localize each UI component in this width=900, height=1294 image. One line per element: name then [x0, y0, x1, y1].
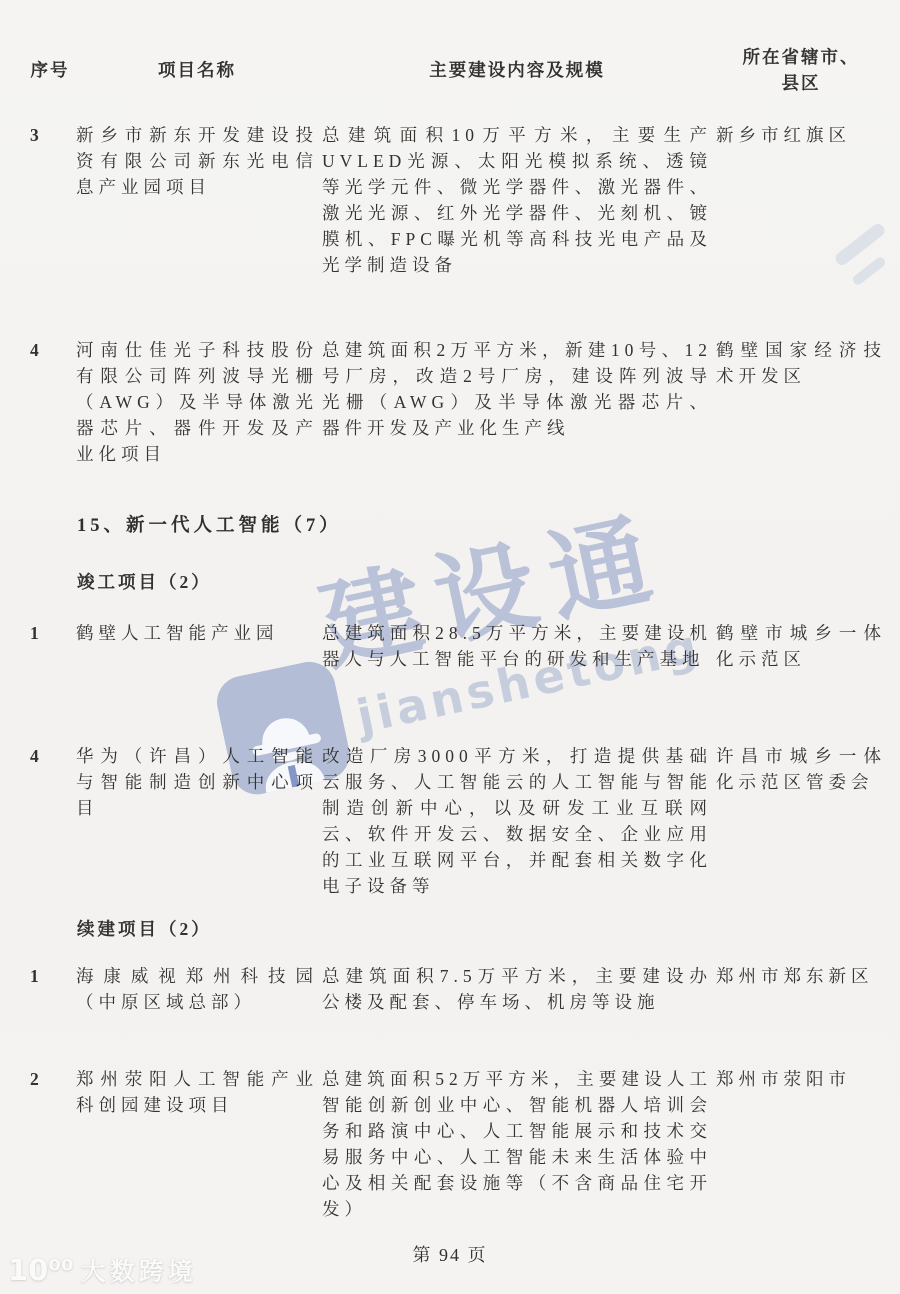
- header-project-name: 项目名称: [76, 57, 318, 83]
- project-content: 总建筑面积2万平方米，新建10号、12号厂房，改造2号厂房，建设阵列波导光栅（A…: [322, 337, 712, 441]
- project-content: 总建筑面积10万平方米，主要生产UVLED光源、太阳光模拟系统、透镜等光学元件、…: [322, 122, 712, 278]
- project-name: 鹤壁人工智能产业园: [76, 620, 318, 646]
- project-content: 总建筑面积28.5万平方米，主要建设机器人与人工智能平台的研发和生产基地: [322, 620, 712, 672]
- header-construction-content: 主要建设内容及规模: [322, 57, 712, 83]
- row-serial: 4: [30, 743, 70, 769]
- project-location: 许昌市城乡一体化示范区管委会: [716, 743, 886, 795]
- dashukuajing-text: 大数跨境: [81, 1252, 197, 1288]
- row-serial: 1: [30, 620, 70, 646]
- project-name: 河南仕佳光子科技股份有限公司阵列波导光栅（AWG）及半导体激光器芯片、器件开发及…: [76, 337, 318, 467]
- project-name: 郑州荥阳人工智能产业科创园建设项目: [76, 1066, 318, 1118]
- project-name: 新乡市新东开发建设投资有限公司新东光电信息产业园项目: [76, 122, 318, 200]
- project-content: 总建筑面积52万平方米，主要建设人工智能创新创业中心、智能机器人培训会务和路演中…: [322, 1066, 712, 1222]
- header-location: 所在省辖市、县区: [740, 44, 862, 96]
- project-location: 新乡市红旗区: [716, 122, 886, 148]
- project-location: 郑州市荥阳市: [716, 1066, 886, 1092]
- dashukuajing-logo: 10⁰⁰: [8, 1253, 74, 1287]
- row-serial: 3: [30, 122, 70, 148]
- project-name: 海康威视郑州科技园（中原区域总部）: [76, 963, 318, 1015]
- section-title-new-generation-ai: 15、新一代人工智能（7）: [77, 511, 342, 537]
- project-location: 郑州市郑东新区: [716, 963, 886, 989]
- project-content: 改造厂房3000平方米，打造提供基础云服务、人工智能云的人工智能与智能制造创新中…: [322, 743, 712, 899]
- subsection-completed-projects: 竣工项目（2）: [77, 569, 212, 594]
- row-serial: 1: [30, 963, 70, 989]
- dashukuajing-watermark: 10⁰⁰ 大数跨境: [8, 1252, 197, 1288]
- project-location: 鹤壁国家经济技术开发区: [716, 337, 886, 389]
- project-content: 总建筑面积7.5万平方米，主要建设办公楼及配套、停车场、机房等设施: [322, 963, 712, 1015]
- row-serial: 4: [30, 337, 70, 363]
- row-serial: 2: [30, 1066, 70, 1092]
- scan-streak-artifact: [851, 255, 887, 286]
- subsection-continued-projects: 续建项目（2）: [77, 916, 212, 941]
- project-name: 华为（许昌）人工智能与智能制造创新中心项目: [76, 743, 318, 821]
- document-page: 建设通 jianshetong 序号 项目名称 主要建设内容及规模 所在省辖市、…: [0, 0, 900, 1294]
- project-location: 鹤壁市城乡一体化示范区: [716, 620, 886, 672]
- header-serial-number: 序号: [20, 57, 80, 83]
